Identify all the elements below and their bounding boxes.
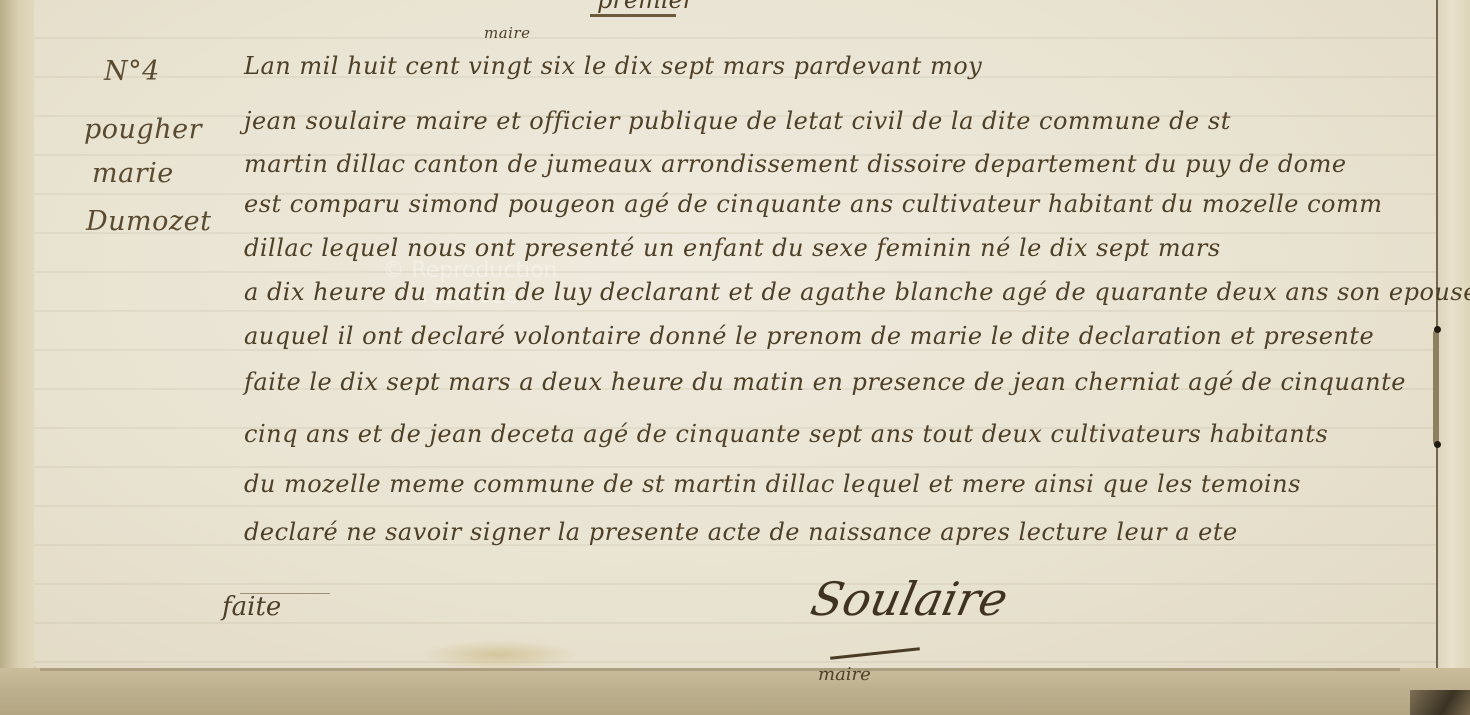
- body-line-4: est comparu simond pougeon agé de cinqua…: [244, 190, 1383, 218]
- body-line-7: auquel il ont declaré volontaire donné l…: [244, 322, 1374, 350]
- binding-dot: [1434, 441, 1441, 448]
- body-line-8: faite le dix sept mars a deux heure du m…: [244, 368, 1406, 396]
- body-line-9: cinq ans et de jean deceta agé de cinqua…: [244, 420, 1328, 448]
- paper-stain: [420, 640, 580, 670]
- closing-word: faite: [222, 592, 281, 622]
- page-right-edge: [1436, 0, 1470, 672]
- margin-entry-number: N°4: [104, 56, 160, 87]
- mayor-signature: Soulaire: [806, 572, 1012, 626]
- page-bottom-edge: [0, 668, 1470, 715]
- body-line-2: jean soulaire maire et officier publique…: [244, 107, 1231, 135]
- margin-name-line-2: marie: [92, 158, 174, 189]
- body-line-6: a dix heure du matin de luy declarant et…: [244, 278, 1470, 306]
- signature-title: maire: [818, 664, 871, 685]
- binding-mark: [1433, 330, 1439, 445]
- body-line-3: martin dillac canton de jumeaux arrondis…: [244, 150, 1347, 178]
- body-line-10: du mozelle meme commune de st martin dil…: [244, 470, 1301, 498]
- header-fragment: premier: [597, 0, 694, 14]
- body-line-11: declaré ne savoir signer la presente act…: [244, 518, 1238, 546]
- binding-dot: [1434, 326, 1441, 333]
- body-line-5: dillac lequel nous ont presenté un enfan…: [244, 234, 1221, 262]
- header-correction: maire: [484, 24, 531, 42]
- margin-name-line-3: Dumozet: [86, 206, 211, 237]
- margin-name-line-1: pougher: [84, 114, 202, 145]
- page-corner: [1410, 690, 1470, 715]
- header-underline: [590, 14, 676, 17]
- body-line-1: Lan mil huit cent vingt six le dix sept …: [244, 52, 982, 80]
